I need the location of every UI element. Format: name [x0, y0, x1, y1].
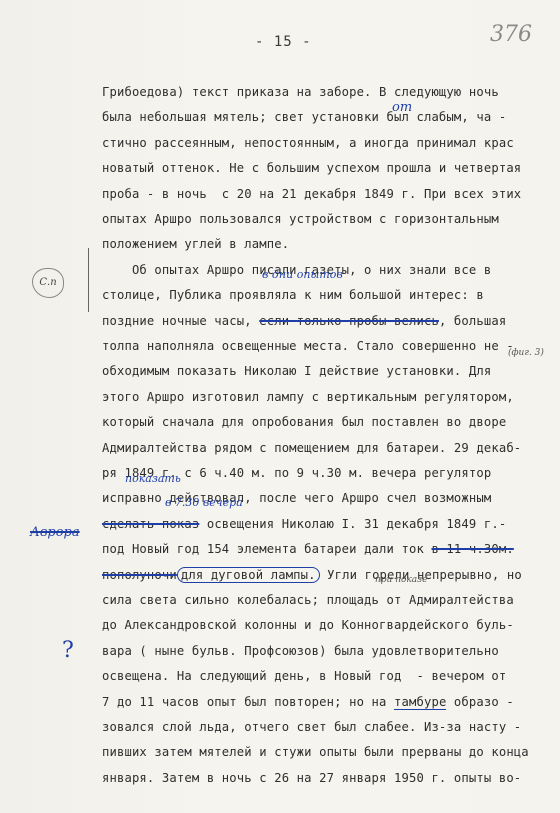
text-line: исправно действовал, после чего Аршро сч… — [102, 491, 491, 505]
text-line: вара ( ныне бульв. Профсоюзов) была удов… — [102, 644, 499, 658]
line-text: новатый оттенок. Не с большим успехом пр… — [102, 161, 521, 175]
text-line: Грибоедова) текст приказа на заборе. В с… — [102, 85, 499, 99]
line-text: столице, Публика проявляла к ним большой… — [102, 288, 484, 302]
page-number: - 15 - — [255, 34, 312, 50]
struck-text: если только пробы велись — [259, 314, 439, 328]
line-text: проба - в ночь с 20 на 21 декабря 1849 г… — [102, 187, 521, 201]
text-line: сделать показ освещения Николаю I. 31 де… — [102, 517, 506, 531]
line-text: зовался слой льда, отчего свет был слабе… — [102, 720, 521, 734]
text-line: под Новый год 154 элемента батареи дали … — [102, 542, 514, 556]
struck-text: сделать показ — [102, 517, 199, 531]
insert-time-annotation: в 7.30 вечера — [165, 496, 243, 509]
text-line: 7 до 11 часов опыт был повторен; но на т… — [102, 695, 514, 709]
line-text: вара ( ныне бульв. Профсоюзов) была удов… — [102, 644, 499, 658]
insert-at-show-annotation: при показе — [375, 575, 427, 585]
line-text: до Александровской колонны и до Конногва… — [102, 618, 514, 632]
line-text: , большая — [439, 314, 506, 328]
line-text: положением углей в лампе. — [102, 237, 289, 251]
line-text: стично рассеянным, непостоянным, а иногд… — [102, 136, 514, 150]
line-text: толпа наполняла освещенные места. Стало … — [102, 339, 514, 353]
circled-text: для дуговой лампы. — [177, 567, 320, 583]
margin-struck-word: Аврора — [30, 525, 80, 540]
insert-fig-annotation: (фиг. 3) — [508, 348, 544, 358]
insert-days-annotation: в дни опытов — [262, 268, 343, 281]
margin-question-mark: ? — [62, 638, 74, 663]
line-text: исправно действовал, после чего Аршро сч… — [102, 491, 491, 505]
struck-text: в 11 ч.30м. — [431, 542, 513, 556]
insert-of-annotation: от — [392, 100, 412, 115]
text-line: проба - в ночь с 20 на 21 декабря 1849 г… — [102, 187, 521, 201]
line-text: поздние ночные часы, — [102, 314, 259, 328]
text-line: который сначала для опробования был пост… — [102, 415, 506, 429]
line-text: была небольшая мятель; свет установки бы… — [102, 110, 506, 124]
line-text: Грибоедова) текст приказа на заборе. В с… — [102, 85, 499, 99]
text-line: толпа наполняла освещенные места. Стало … — [102, 339, 514, 353]
text-line: зовался слой льда, отчего свет был слабе… — [102, 720, 521, 734]
archive-number: 376 — [490, 22, 532, 47]
text-line: столице, Публика проявляла к ним большой… — [102, 288, 484, 302]
text-line: января. Затем в ночь с 26 на 27 января 1… — [102, 771, 521, 785]
struck-text: пополуночи — [102, 568, 177, 582]
margin-circle-note: С.п — [32, 268, 64, 298]
line-text: опытах Аршро пользовался устройством с г… — [102, 212, 499, 226]
text-line: новатый оттенок. Не с большим успехом пр… — [102, 161, 521, 175]
line-text: обходимым показать Николаю I действие ус… — [102, 364, 491, 378]
line-text: который сначала для опробования был пост… — [102, 415, 506, 429]
margin-bar — [88, 248, 89, 312]
line-text: пивших затем мятелей и стужи опыты были … — [102, 745, 529, 759]
line-text: Адмиралтейства рядом с помещением для ба… — [102, 441, 521, 455]
text-line: этого Аршро изготовил лампу с вертикальн… — [102, 390, 514, 404]
text-line: опытах Аршро пользовался устройством с г… — [102, 212, 499, 226]
text-line: положением углей в лампе. — [102, 237, 289, 251]
text-line: до Александровской колонны и до Конногва… — [102, 618, 514, 632]
line-text: января. Затем в ночь с 26 на 27 января 1… — [102, 771, 521, 785]
document-page: - 15 - 376 С.п Грибоедова) текст приказа… — [0, 0, 560, 813]
line-text: освещения Николаю I. 31 декабря 1849 г.- — [199, 517, 506, 531]
line-text: этого Аршро изготовил лампу с вертикальн… — [102, 390, 514, 404]
text-line: пополуночидля дуговой лампы. Угли горели… — [102, 568, 522, 582]
line-text: сила света сильно колебалась; площадь от… — [102, 593, 514, 607]
text-line: обходимым показать Николаю I действие ус… — [102, 364, 491, 378]
text-line: освещена. На следующий день, в Новый год… — [102, 669, 506, 683]
insert-show-annotation: показать — [125, 472, 181, 485]
text-line: поздние ночные часы, если только пробы в… — [102, 314, 506, 328]
text-line: Адмиралтейства рядом с помещением для ба… — [102, 441, 521, 455]
text-line: сила света сильно колебалась; площадь от… — [102, 593, 514, 607]
text-line: стично рассеянным, непостоянным, а иногд… — [102, 136, 514, 150]
line-text: образо - — [446, 695, 513, 709]
text-line: пивших затем мятелей и стужи опыты были … — [102, 745, 529, 759]
line-text: под Новый год — [102, 542, 207, 556]
line-text: 154 элемента батареи дали ток — [207, 542, 432, 556]
line-text: 7 до 11 часов опыт был повторен; но на — [102, 695, 394, 709]
underlined-text: тамбуре — [394, 695, 446, 710]
text-line: была небольшая мятель; свет установки бы… — [102, 110, 506, 124]
line-text: освещена. На следующий день, в Новый год… — [102, 669, 506, 683]
